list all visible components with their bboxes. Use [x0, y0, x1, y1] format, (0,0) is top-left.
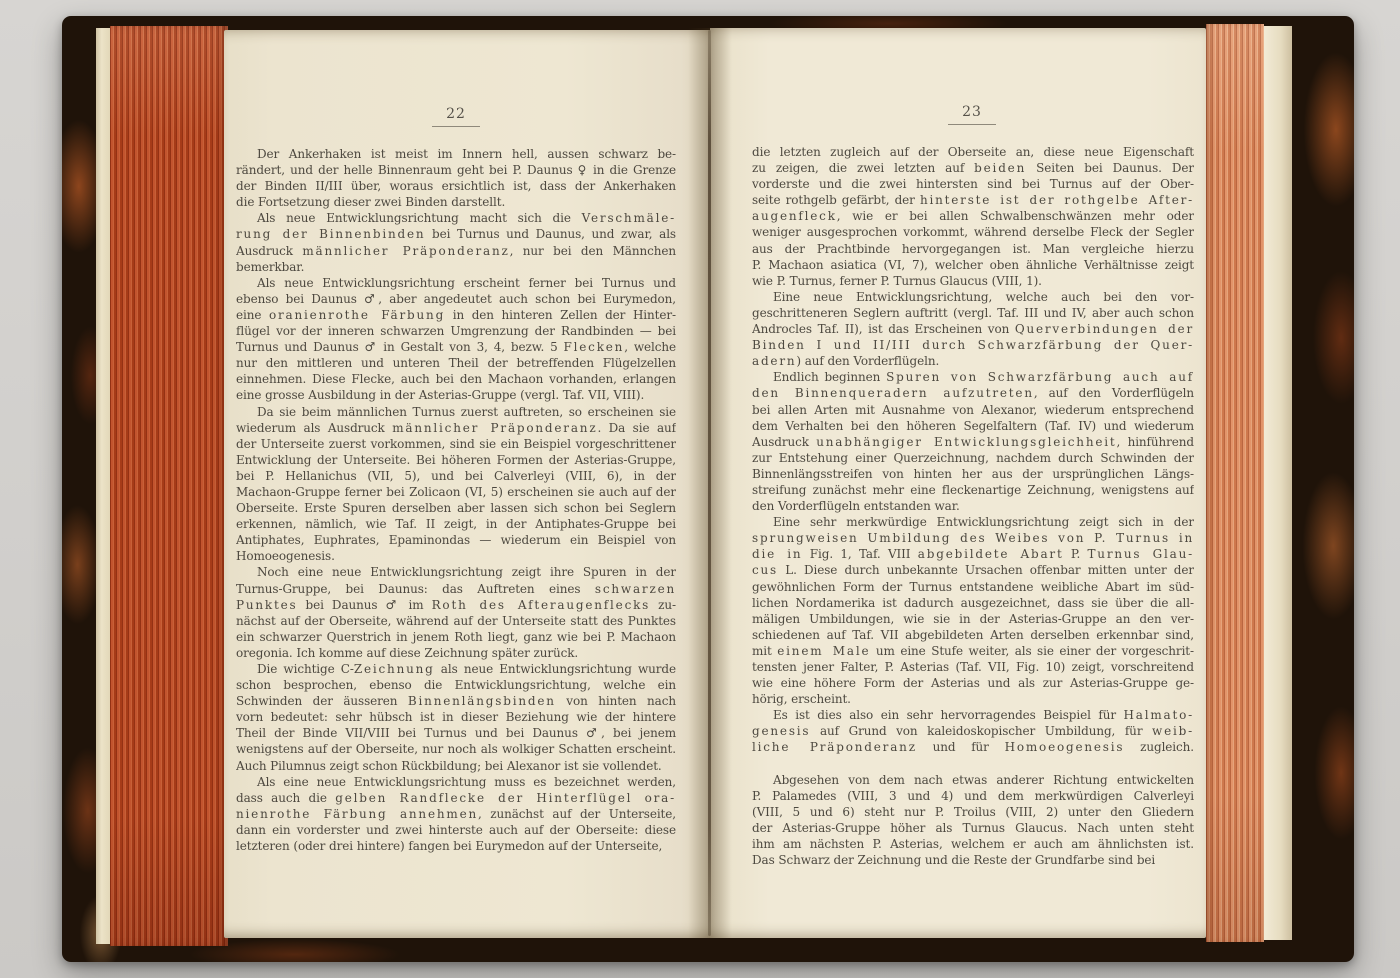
right-page-block-edge	[1264, 26, 1292, 940]
text-line: eine grosse Ausbildung in der Asterias-G…	[236, 387, 676, 403]
text-line: mäligen Umbildungen, wie sie in der Aste…	[752, 611, 1194, 627]
text-line: P. Machaon asiatica (VI, 7), welcher obe…	[752, 257, 1194, 273]
text-line: die in Fig. 1, Taf. VIII abgebildete Aba…	[752, 546, 1194, 562]
text-line: flügel vor der inneren schwarzen Umgrenz…	[236, 323, 676, 339]
emphasized-text: genesis	[752, 724, 810, 738]
page-number-rule	[432, 126, 480, 127]
emphasized-text: männlicher Präponderanz	[392, 421, 597, 435]
text-line: eine oranienrothe Färbung in den hintere…	[236, 307, 676, 323]
text-line: sprungweisen Umbildung des Weibes von P.…	[752, 530, 1194, 546]
text-line: Als neue Entwicklungsrichtung macht sich…	[236, 210, 676, 226]
text-line: vorn bedeutet: sehr hübsch ist in dieser…	[236, 709, 676, 725]
page-number-left-block: 22	[236, 106, 676, 127]
text-line: rändert, und der helle Binnenraum geht b…	[236, 162, 676, 178]
text-line: Eine neue Entwicklungsrichtung, welche a…	[752, 289, 1194, 305]
emphasized-text: rung der Binnenbinden	[236, 227, 425, 241]
text-line: (VIII, 5 und 6) steht nur P. Troilus (VI…	[752, 804, 1194, 820]
emphasized-text: Punktes	[236, 598, 298, 612]
text-line: augenfleck, wie er bei allen Schwalbensc…	[752, 208, 1194, 224]
text-line: wie eine höhere Form der Asterias und al…	[752, 675, 1194, 691]
emphasized-text: die in	[752, 547, 802, 561]
emphasized-text: Binnenlängsbinden	[408, 694, 556, 708]
text-line: P. Palamedes (VIII, 3 und 4) und dem mer…	[752, 788, 1194, 804]
text-line: Turnus und Daunus ♂ in Gestalt von 3, 4,…	[236, 339, 676, 355]
text-line: der Asterias-Gruppe höher als Turnus Gla…	[752, 820, 1194, 836]
text-line: rung der Binnenbinden bei Turnus und Dau…	[236, 226, 676, 242]
text-line: zu zeigen, die zwei letzten auf beiden S…	[752, 160, 1194, 176]
text-line: der Binden II/III über, woraus ersichtli…	[236, 178, 676, 194]
text-line: erkennen, nämlich, wie Taf. II zeigt, in…	[236, 516, 676, 532]
right-fore-edge-red	[1206, 24, 1264, 942]
text-line: ein schwarzer Querstrich in jenem Roth l…	[236, 629, 676, 645]
text-line: schon besprochen, ebenso die Entwicklung…	[236, 677, 676, 693]
emphasized-text: beiden	[974, 161, 1026, 175]
text-line: weniger ausgesprochen vorkommt, während …	[752, 224, 1194, 240]
emphasized-text: männlicher Präponderanz	[302, 244, 509, 258]
text-line: Es ist dies also ein sehr hervorragendes…	[752, 707, 1194, 723]
text-line: Schwinden der äusseren Binnenlängsbinden…	[236, 693, 676, 709]
gutter-fold-line	[708, 30, 711, 936]
emphasized-text: unabhängiger Entwicklungsgleichheit	[816, 435, 1116, 449]
emphasized-text: Homoeogenesis	[1005, 740, 1125, 754]
left-page-text: Der Ankerhaken ist meist im Innern hell,…	[236, 146, 676, 854]
text-line: Noch eine neue Entwicklungsrichtung zeig…	[236, 564, 676, 580]
text-line: geschritteneren Seglern auftritt (vergl.…	[752, 305, 1194, 321]
text-line: Die wichtige C-Zeichnung als neue Entwic…	[236, 661, 676, 677]
text-line: Theil der Binde VII/VIII bei Turnus und …	[236, 725, 676, 741]
text-line: streifung zunächst mehr eine fleckenarti…	[752, 482, 1194, 498]
page-number-left: 22	[236, 106, 676, 122]
text-line: aus der Prachtbinde hervorgegangen ist. …	[752, 241, 1194, 257]
text-line: Als eine neue Entwicklungsrichtung muss …	[236, 774, 676, 790]
text-line: zur Entstehung einer Querzeichnung, nach…	[752, 450, 1194, 466]
text-line: vorderste und die zwei hintersten sind b…	[752, 176, 1194, 192]
right-page-text: die letzten zugleich auf der Oberseite a…	[752, 144, 1194, 868]
text-line: Binden I und II/III durch Schwarzfärbung…	[752, 337, 1194, 353]
text-line: schiedenen auf Taf. VII abgebildeten Art…	[752, 627, 1194, 643]
text-line: Endlich beginnen Spuren von Schwarzfärbu…	[752, 369, 1194, 385]
text-line: den Vorderflügeln entstanden war.	[752, 498, 1194, 514]
emphasized-text: schwarzen	[595, 582, 676, 596]
page-number-rule	[948, 124, 996, 125]
text-line: lichen Nordamerika ist dadurch ausgezeic…	[752, 595, 1194, 611]
emphasized-text: adern	[752, 354, 796, 368]
text-line: Eine sehr merkwürdige Entwicklungsrichtu…	[752, 514, 1194, 530]
text-line: Auch Pilumnus zeigt schon Rückbildung; b…	[236, 758, 676, 774]
text-line: seite rothgelb gefärbt, der hinterste is…	[752, 192, 1194, 208]
text-line: bei allen Arten mit Ausnahme von Alexano…	[752, 402, 1194, 418]
text-line: die Fortsetzung dieser zwei Binden darst…	[236, 194, 676, 210]
emphasized-text: augenfleck	[752, 209, 837, 223]
text-line: gewöhnlichen Form der Turnus entstandene…	[752, 579, 1194, 595]
left-fore-edge-red	[110, 26, 228, 946]
emphasized-text: nienrothe Färbung annehmen	[236, 807, 478, 821]
text-line: Homoeogenesis.	[236, 548, 676, 564]
emphasized-text: abgebildete Abart	[918, 547, 1064, 561]
text-line: Ausdruck männlicher Präponderanz, nur be…	[236, 243, 676, 259]
text-line: oregonia. Ich komme auf diese Zeichnung …	[236, 645, 676, 661]
text-line: Binnenlängsstreifen von hinten her aus d…	[752, 466, 1194, 482]
emphasized-text: Querverbindungen der	[1015, 322, 1194, 336]
text-line: Antiphates, Euphrates, Epaminondas — wie…	[236, 532, 676, 548]
emphasized-text: einem Male	[777, 644, 870, 658]
text-line: tensten jener Falter, P. Asterias (Taf. …	[752, 659, 1194, 675]
text-line: Oberseite. Erste Spuren derselben aber l…	[236, 500, 676, 516]
text-line: Der Ankerhaken ist meist im Innern hell,…	[236, 146, 676, 162]
text-line: Turnus-Gruppe, bei Daunus: das Auftreten…	[236, 581, 676, 597]
left-page-block-edge	[96, 28, 110, 944]
text-line: dass auch die gelben Randflecke der Hint…	[236, 790, 676, 806]
text-line: hörig, erscheint.	[752, 691, 1194, 707]
text-line	[752, 756, 1194, 772]
text-line: adern) auf den Vorderflügeln.	[752, 353, 1194, 369]
emphasized-text: Binden I und II/III durch Schwarzfärbung…	[752, 338, 1194, 352]
text-line: Punktes bei Daunus ♂ im Roth des Afterau…	[236, 597, 676, 613]
text-line: den Binnenqueradern aufzutreten, auf den…	[752, 385, 1194, 401]
text-line: Machaon-Gruppe ferner bei Zolicaon (VI, …	[236, 484, 676, 500]
text-line: dem Verhalten bei den höheren Segelfalte…	[752, 418, 1194, 434]
text-line: der Unterseite zuerst vorkommen, sind si…	[236, 436, 676, 452]
emphasized-text: Flecken	[564, 340, 625, 354]
text-line: einnehmen. Diese Flecke, auch bei den Ma…	[236, 371, 676, 387]
text-line: bei P. Hellanichus (VII, 5), und bei Cal…	[236, 468, 676, 484]
text-line: nienrothe Färbung annehmen, zunächst auf…	[236, 806, 676, 822]
emphasized-text: Turnus Glau-	[1088, 547, 1194, 561]
text-line: ebenso bei Daunus ♂, aber angedeutet auc…	[236, 291, 676, 307]
emphasized-text: den Binnenqueradern aufzutreten	[752, 386, 1034, 400]
text-line: cus L. Diese durch unbekannte Ursachen o…	[752, 562, 1194, 578]
page-number-right: 23	[752, 104, 1192, 120]
emphasized-text: weib-	[1152, 724, 1194, 738]
emphasized-text: Spuren von Schwarzfärbung auch auf	[886, 370, 1194, 384]
text-line: wie P. Turnus, ferner P. Turnus Glaucus …	[752, 273, 1194, 289]
text-line: letzteren (oder drei hintere) fangen bei…	[236, 838, 676, 854]
page-number-right-block: 23	[752, 104, 1192, 125]
text-line: Ausdruck unabhängiger Entwicklungsgleich…	[752, 434, 1194, 450]
emphasized-text: hinterste ist der rothgelbe After-	[920, 193, 1194, 207]
emphasized-text: gelben Randflecke der Hinterflügel ora-	[335, 791, 676, 805]
text-line: nächst auf der Oberseite, während auf de…	[236, 613, 676, 629]
emphasized-text: Roth des Afteraugenflecks	[432, 598, 651, 612]
text-line: bemerkbar.	[236, 259, 676, 275]
text-line: Da sie beim männlichen Turnus zuerst auf…	[236, 404, 676, 420]
text-line: Androcles Taf. II), ist das Erscheinen v…	[752, 321, 1194, 337]
text-line: Das Schwarz der Zeichnung und die Reste …	[752, 852, 1194, 868]
text-line: nur den mittleren und unteren Theil der …	[236, 355, 676, 371]
text-line: liche Präponderanz und für Homoeogenesis…	[752, 739, 1194, 755]
text-line: wiederum als Ausdruck männlicher Präpond…	[236, 420, 676, 436]
emphasized-text: sprungweisen Umbildung des Weibes von P.…	[752, 531, 1194, 545]
text-line: genesis auf Grund von kaleidoskopischer …	[752, 723, 1194, 739]
emphasized-text: oranienrothe Färbung	[269, 308, 445, 322]
text-line: Als neue Entwicklungsrichtung erscheint …	[236, 275, 676, 291]
emphasized-text: Halmato-	[1124, 708, 1195, 722]
text-line: wenigstens auf der Oberseite, nur noch a…	[236, 741, 676, 757]
text-line: mit einem Male um eine Stufe weiter, als…	[752, 643, 1194, 659]
text-line: Abgesehen von dem nach etwas anderer Ric…	[752, 772, 1194, 788]
emphasized-text: Verschmäle-	[582, 211, 676, 225]
text-line: dann ein vorderster und zwei hinterste a…	[236, 822, 676, 838]
text-line: die letzten zugleich auf der Oberseite a…	[752, 144, 1194, 160]
emphasized-text: liche Präponderanz	[752, 740, 917, 754]
emphasized-text: cus	[752, 563, 778, 577]
book-photo: 22 23 Der Ankerhaken ist meist im Innern…	[0, 0, 1400, 978]
emphasized-text: Zeichnung	[354, 662, 435, 676]
text-line: Entwicklung der Unterseite. Bei höheren …	[236, 452, 676, 468]
text-line: ihm am nächsten P. Asterias, welchem er …	[752, 836, 1194, 852]
